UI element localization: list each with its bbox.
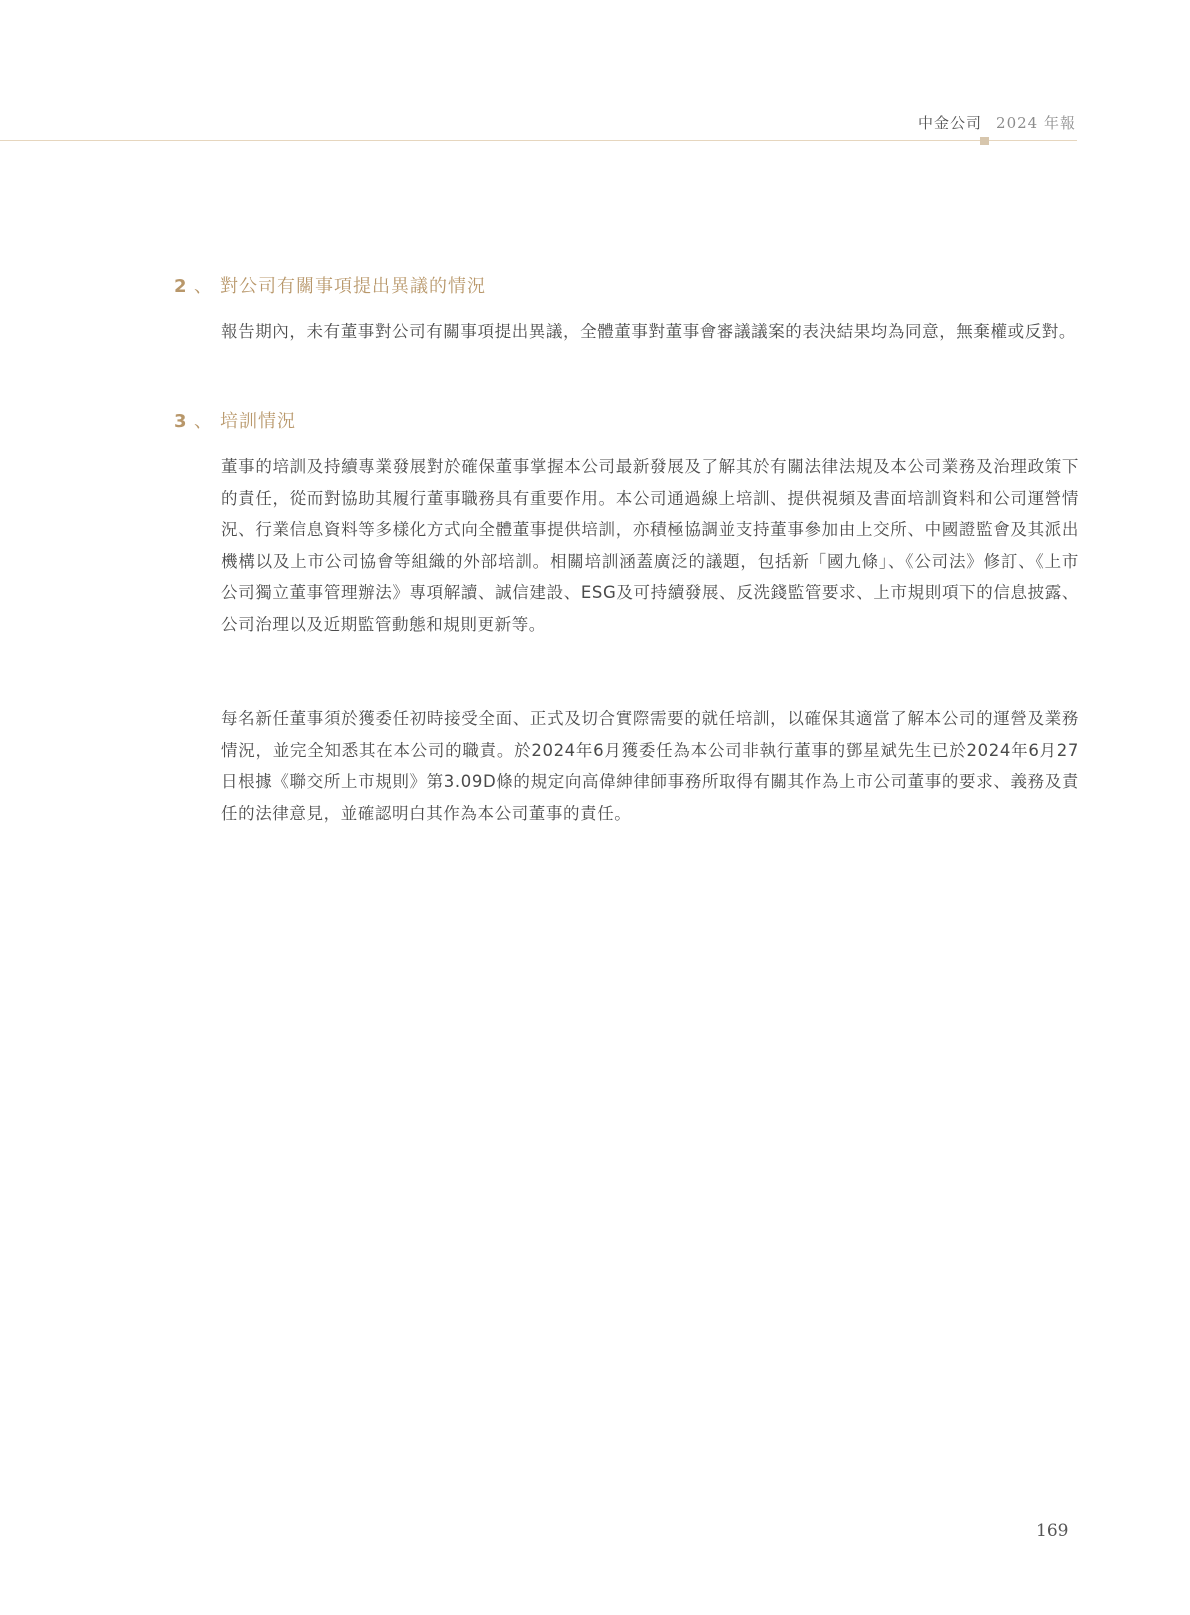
section-number: 2 [174, 276, 194, 297]
section-separator: 、 [194, 407, 220, 433]
section-title: 培訓情況 [220, 411, 296, 432]
section-heading: 3、培訓情況 [174, 407, 296, 433]
section-number: 3 [174, 411, 194, 432]
paragraph: 報告期內，未有董事對公司有關事項提出異議，全體董事對董事會審議議案的表決結果均為… [221, 316, 1079, 348]
header-marker-square [980, 137, 989, 145]
header-divider [0, 140, 1077, 141]
header-company-name: 中金公司 [918, 114, 982, 132]
section-title: 對公司有關事項提出異議的情況 [220, 276, 486, 297]
page-header: 中金公司2024 年報 [0, 0, 1190, 150]
header-report-name: 2024 年報 [996, 114, 1076, 132]
header-title: 中金公司2024 年報 [918, 112, 1076, 133]
paragraph: 每名新任董事須於獲委任初時接受全面、正式及切合實際需要的就任培訓，以確保其適當了… [221, 703, 1079, 829]
paragraph: 董事的培訓及持續專業發展對於確保董事掌握本公司最新發展及了解其於有關法律法規及本… [221, 451, 1079, 640]
section-heading: 2、對公司有關事項提出異議的情況 [174, 272, 486, 298]
section-separator: 、 [194, 272, 220, 298]
page-number: 169 [1036, 1521, 1068, 1541]
